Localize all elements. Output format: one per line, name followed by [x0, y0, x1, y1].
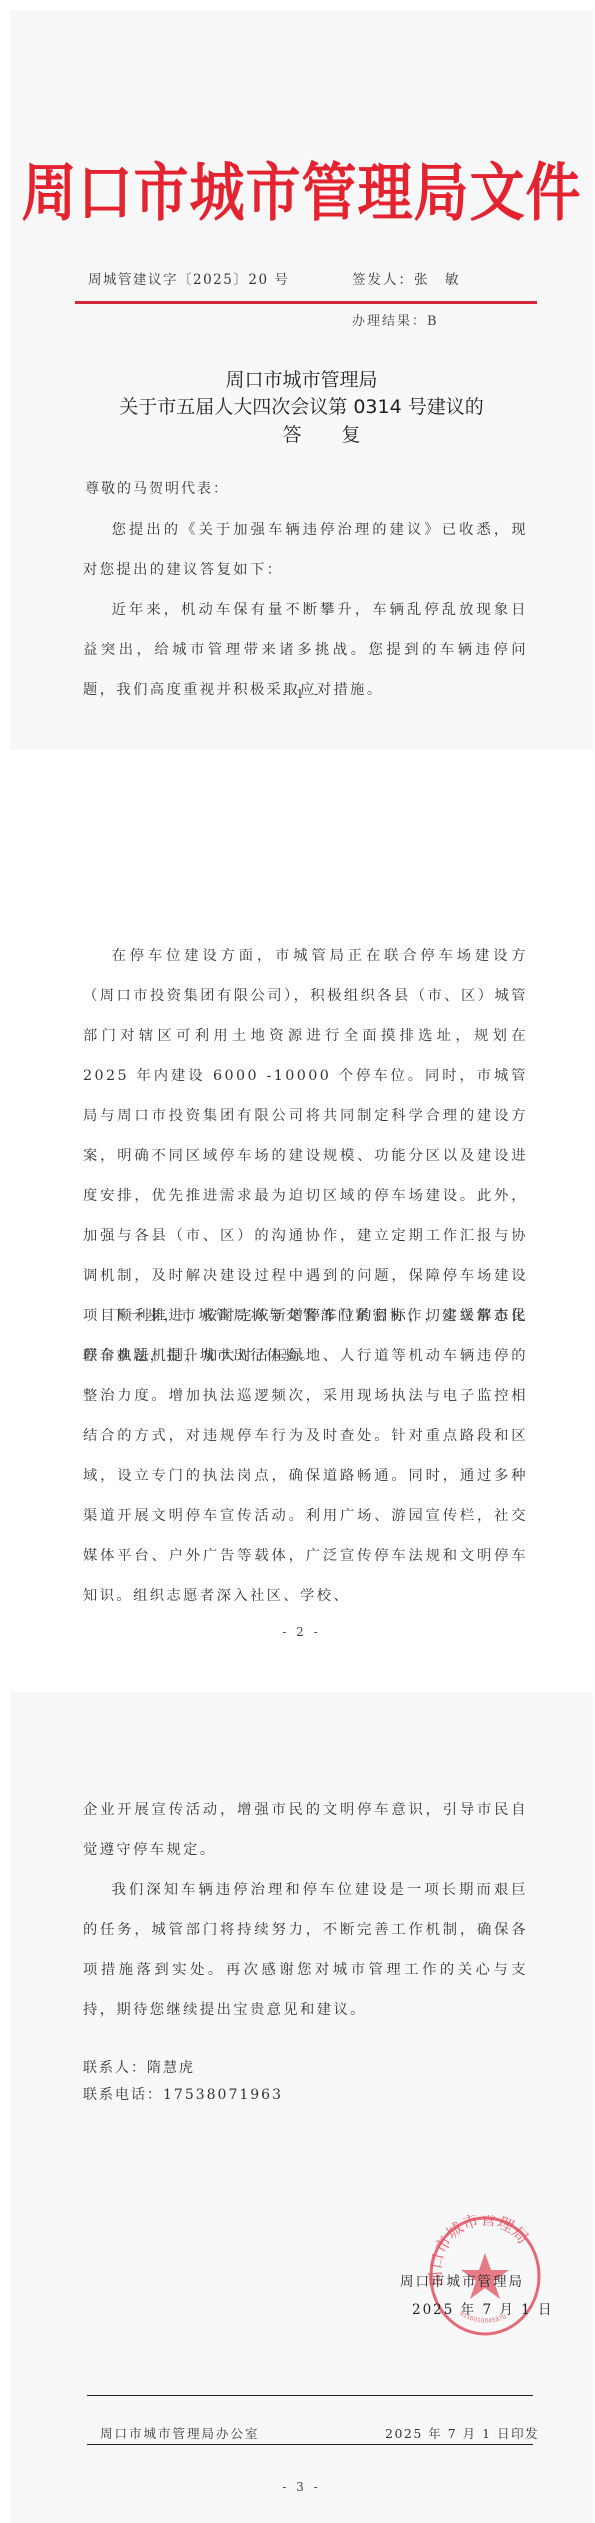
page-2: 在停车位建设方面，市城管局正在联合停车场建设方（周口市投资集团有限公司），积极组…	[10, 860, 593, 1670]
reply-title-line-2: 关于市五届人大四次会议第 0314 号建议的	[10, 392, 593, 419]
handling-result-label: 办理结果：B	[352, 310, 439, 329]
page-number: - 3 -	[10, 2480, 593, 2494]
body-paragraph: 下一步，市城管局将与交警部门紧密协作，建立常态化联合执法机制，加大对占压绿地、人…	[83, 1296, 528, 1616]
footer-issue-date: 2025 年 7 月 1 日印发	[385, 2424, 539, 2442]
document-number: 周城管建议字〔2025〕20 号	[88, 268, 289, 288]
footer-bottom-rule	[87, 2444, 533, 2445]
contact-phone: 联系电话：17538071963	[83, 2084, 283, 2104]
signature-organization: 周口市城市管理局	[400, 2270, 524, 2290]
red-divider-rule	[75, 301, 537, 304]
signature-date: 2025 年 7 月 1 日	[412, 2298, 554, 2318]
page-3: 企业开展宣传活动，增强市民的文明停车意识，引导市民自觉遵守停车规定。 我们深知车…	[10, 1692, 593, 2523]
page-number: - 2 -	[10, 1625, 593, 1639]
body-paragraph: 您提出的《关于加强车辆违停治理的建议》已收悉，现对您提出的建议答复如下：	[83, 510, 528, 590]
footer-issuing-office: 周口市城市管理局办公室	[100, 2424, 260, 2442]
footer-top-rule	[87, 2395, 533, 2396]
reply-title-line-1: 周口市城市管理局	[10, 365, 593, 392]
document-header-title: 周口市城市管理局文件	[10, 142, 593, 233]
page-1: 周口市城市管理局文件 周城管建议字〔2025〕20 号 签发人：张 敏 办理结果…	[10, 10, 593, 750]
body-paragraph: 企业开展宣传活动，增强市民的文明停车意识，引导市民自觉遵守停车规定。	[83, 1790, 528, 1870]
reply-title-line-3: 答复	[10, 420, 595, 447]
page-number: - 1 -	[10, 687, 593, 701]
contact-person: 联系人：隋慧虎	[83, 2057, 195, 2077]
body-paragraph: 我们深知车辆违停治理和停车位建设是一项长期而艰巨的任务，城管部门将持续努力，不断…	[83, 1870, 528, 2030]
salutation: 尊敬的马贺明代表：	[85, 478, 229, 498]
signer-label: 签发人：张 敏	[352, 268, 461, 288]
